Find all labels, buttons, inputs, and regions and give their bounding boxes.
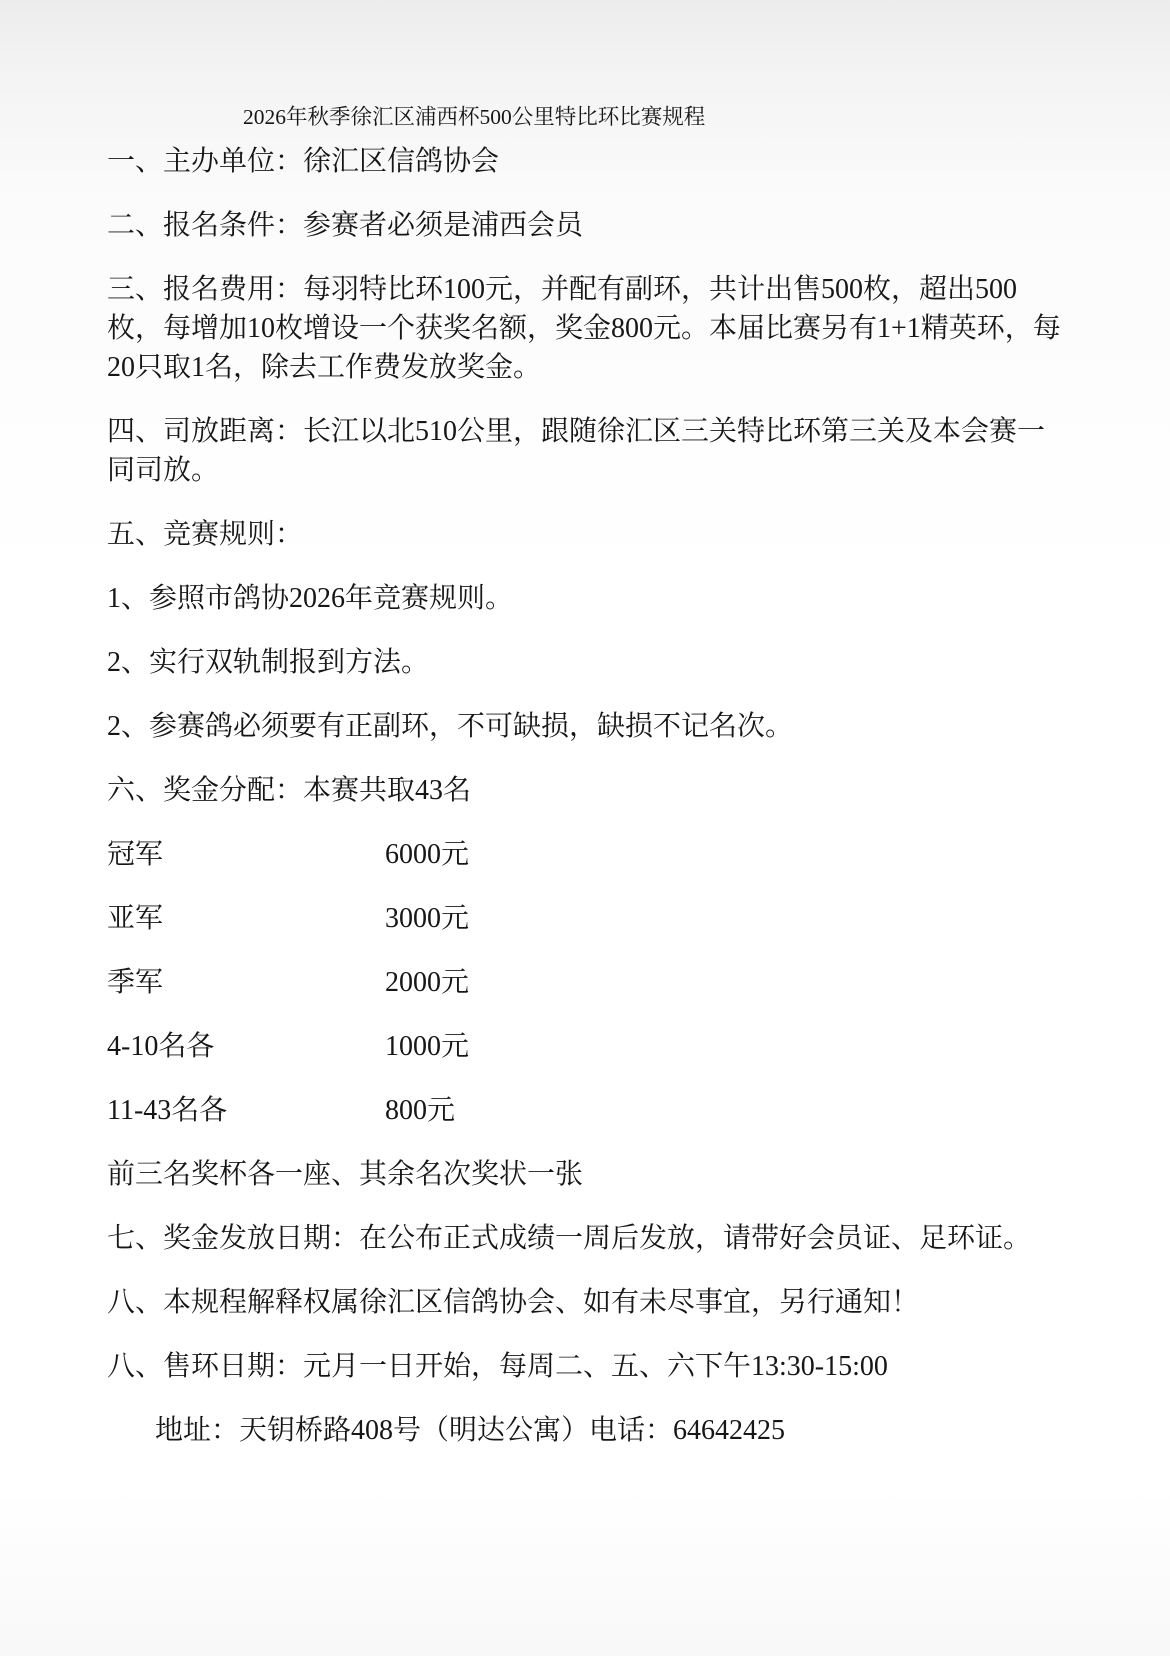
section-release-distance: 四、司放距离：长江以北510公里，跟随徐汇区三关特比环第三关及本会赛一 同司放。 xyxy=(107,412,1082,490)
prize-amount-value: 2000元 xyxy=(385,963,469,1002)
prize-rank-label: 亚军 xyxy=(107,899,385,938)
prize-row-third: 季军 2000元 xyxy=(107,963,1082,1002)
prize-rank-label: 季军 xyxy=(107,963,385,1002)
text-line: 2、实行双轨制报到方法。 xyxy=(107,643,1082,682)
section-rules-heading: 五、竞赛规则： xyxy=(107,515,1082,554)
text-line: 枚，每增加10枚增设一个获奖名额，奖金800元。本届比赛另有1+1精英环，每 xyxy=(107,309,1082,348)
text-line: 20只取1名，除去工作费发放奖金。 xyxy=(107,348,1082,387)
text-line: 八、售环日期：元月一日开始，每周二、五、六下午13:30-15:00 xyxy=(107,1347,1082,1386)
section-trophy-note: 前三名奖杯各一座、其余名次奖状一张 xyxy=(107,1155,1082,1194)
text-line: 一、主办单位：徐汇区信鸽协会 xyxy=(107,142,1082,181)
rule-item-1: 1、参照市鸽协2026年竞赛规则。 xyxy=(107,579,1082,618)
rule-item-3: 2、参赛鸽必须要有正副环，不可缺损，缺损不记名次。 xyxy=(107,707,1082,746)
text-line: 二、报名条件：参赛者必须是浦西会员 xyxy=(107,206,1082,245)
rule-item-2: 2、实行双轨制报到方法。 xyxy=(107,643,1082,682)
section-eligibility: 二、报名条件：参赛者必须是浦西会员 xyxy=(107,206,1082,245)
text-line: 2、参赛鸽必须要有正副环，不可缺损，缺损不记名次。 xyxy=(107,707,1082,746)
text-line: 六、奖金分配：本赛共取43名 xyxy=(107,771,1082,810)
text-line: 三、报名费用：每羽特比环100元，并配有副环，共计出售500枚，超出500 xyxy=(107,270,1082,309)
prize-row-champion: 冠军 6000元 xyxy=(107,835,1082,874)
prize-amount-value: 6000元 xyxy=(385,835,469,874)
document-page: 2026年秋季徐汇区浦西杯500公里特比环比赛规程 一、主办单位：徐汇区信鸽协会… xyxy=(0,0,1170,1656)
text-line: 地址：天钥桥路408号（明达公寓）电话：64642425 xyxy=(155,1411,1082,1450)
prize-rank-label: 冠军 xyxy=(107,835,385,874)
prize-amount-value: 3000元 xyxy=(385,899,469,938)
prize-amount-value: 1000元 xyxy=(385,1027,469,1066)
section-host: 一、主办单位：徐汇区信鸽协会 xyxy=(107,142,1082,181)
text-line: 五、竞赛规则： xyxy=(107,515,1082,554)
prize-rank-label: 11-43名各 xyxy=(107,1091,385,1130)
section-payout-date: 七、奖金发放日期：在公布正式成绩一周后发放，请带好会员证、足环证。 xyxy=(107,1219,1082,1258)
prize-rank-label: 4-10名各 xyxy=(107,1027,385,1066)
text-line: 前三名奖杯各一座、其余名次奖状一张 xyxy=(107,1155,1082,1194)
section-ring-sale-date: 八、售环日期：元月一日开始，每周二、五、六下午13:30-15:00 xyxy=(107,1347,1082,1386)
document-title: 2026年秋季徐汇区浦西杯500公里特比环比赛规程 xyxy=(243,104,1082,130)
prize-row-4-10: 4-10名各 1000元 xyxy=(107,1027,1082,1066)
section-fees: 三、报名费用：每羽特比环100元，并配有副环，共计出售500枚，超出500 枚，… xyxy=(107,270,1082,387)
text-line: 同司放。 xyxy=(107,451,1082,490)
text-line: 八、本规程解释权属徐汇区信鸽协会、如有未尽事宜，另行通知！ xyxy=(107,1283,1082,1322)
prize-amount-value: 800元 xyxy=(385,1091,455,1130)
section-prize-heading: 六、奖金分配：本赛共取43名 xyxy=(107,771,1082,810)
section-address: 地址：天钥桥路408号（明达公寓）电话：64642425 xyxy=(107,1411,1082,1450)
text-line: 四、司放距离：长江以北510公里，跟随徐汇区三关特比环第三关及本会赛一 xyxy=(107,412,1082,451)
prize-row-11-43: 11-43名各 800元 xyxy=(107,1091,1082,1130)
prize-row-runner-up: 亚军 3000元 xyxy=(107,899,1082,938)
text-line: 1、参照市鸽协2026年竞赛规则。 xyxy=(107,579,1082,618)
text-line: 七、奖金发放日期：在公布正式成绩一周后发放，请带好会员证、足环证。 xyxy=(107,1219,1082,1258)
section-interpretation: 八、本规程解释权属徐汇区信鸽协会、如有未尽事宜，另行通知！ xyxy=(107,1283,1082,1322)
